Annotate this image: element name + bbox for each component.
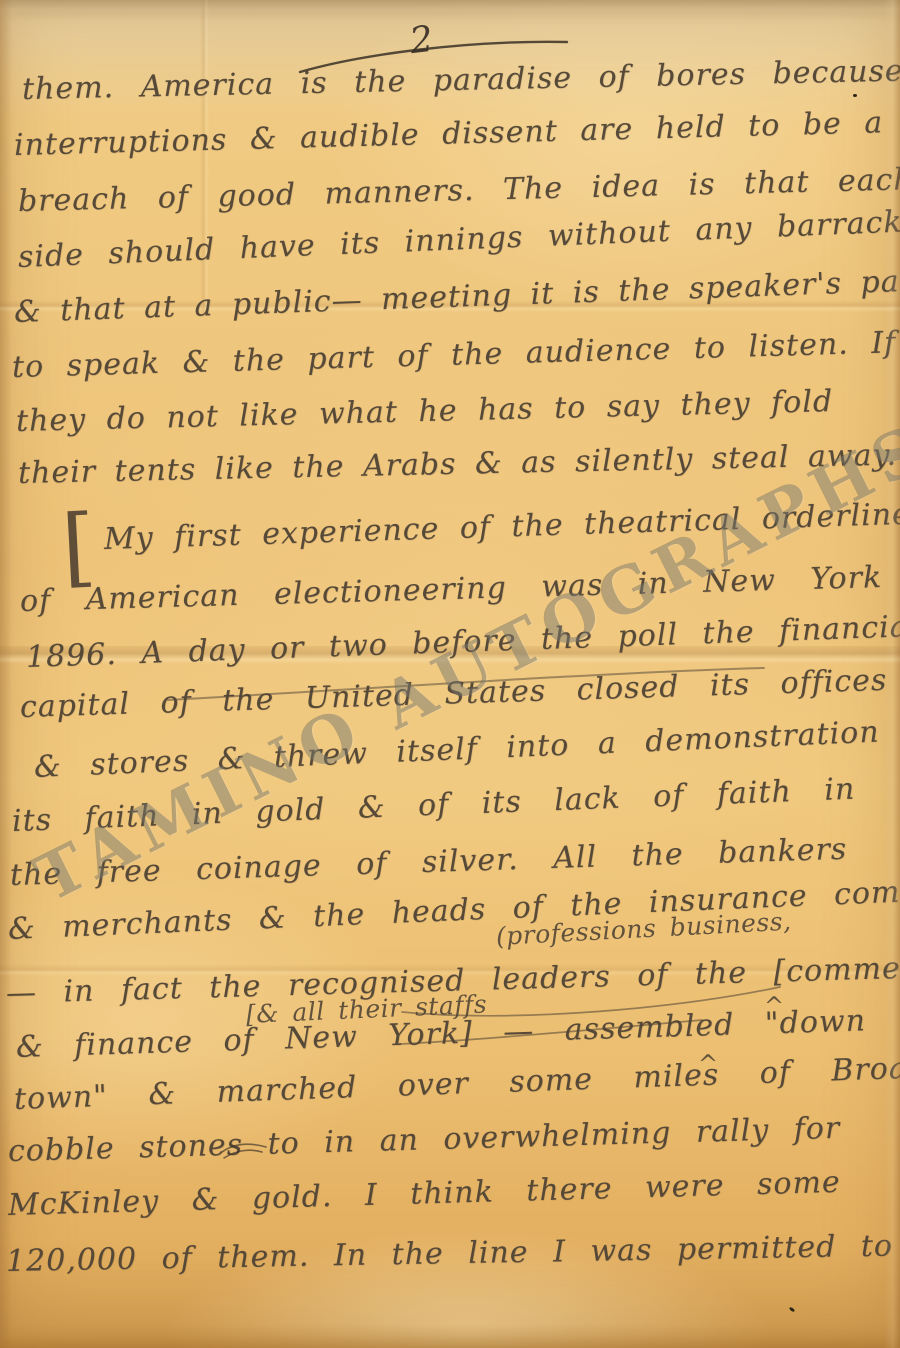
manuscript-line: McKinley & gold. I think there were some [8, 1165, 842, 1223]
ink-speck [789, 1307, 796, 1313]
ink-speck [853, 94, 857, 97]
page-number: 2 [408, 19, 436, 62]
manuscript-line: 120,000 of them. In the line I was permi… [6, 1229, 894, 1279]
manuscript-line: of American electioneering was in New Yo… [20, 558, 900, 619]
manuscript-line: them. America is the paradise of bores b… [22, 54, 900, 107]
paper-top-edge [0, 0, 900, 20]
paper-bottom-edge [0, 1324, 900, 1348]
manuscript-line: they do not like what he has to say they… [16, 384, 834, 439]
manuscript-line: & that at a public— meeting it is the sp… [13, 263, 900, 330]
caret-mark: ^ [698, 1050, 718, 1078]
caret-mark: ^ [764, 992, 784, 1020]
manuscript-line: to speak & the part of the audience to l… [12, 325, 897, 385]
manuscript-line: cobble stones to in an overwhelming rall… [8, 1111, 841, 1169]
manuscript-line: interruptions & audible dissent are held… [14, 105, 884, 163]
paragraph-bracket: [ [60, 503, 98, 591]
manuscript-page: 2 them. America is the paradise of bores… [0, 0, 900, 1348]
